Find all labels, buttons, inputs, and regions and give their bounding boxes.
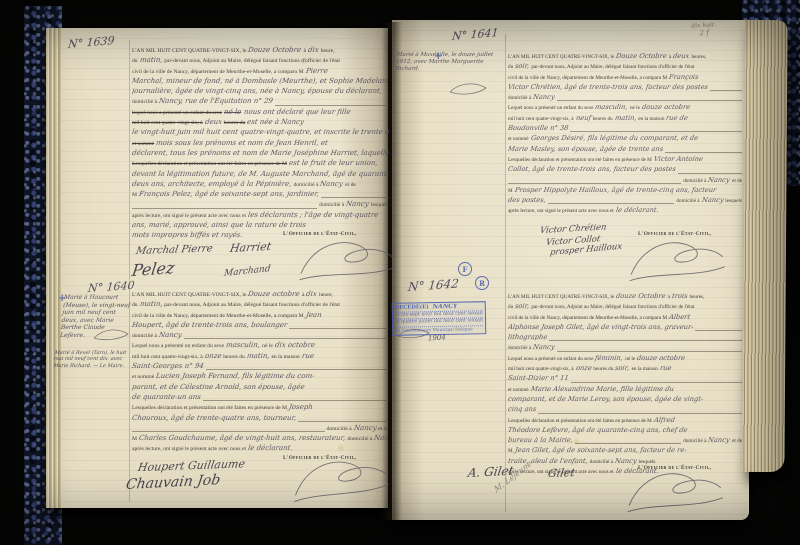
handwritten-text: neuf bbox=[575, 114, 591, 122]
printed-text: domicilié à bbox=[590, 459, 613, 465]
printed-text: domicilié à bbox=[132, 333, 157, 339]
printed-text: M bbox=[508, 448, 513, 454]
handwritten-text: dix bbox=[306, 290, 318, 298]
printed-text: M bbox=[508, 188, 513, 194]
record-line: Houpert, âgé de trente-trois ans, boulan… bbox=[132, 321, 389, 331]
printed-text: et nommé bbox=[508, 387, 529, 393]
handwritten-text: des postes, bbox=[508, 196, 546, 204]
printed-text: et de bbox=[732, 178, 742, 184]
printed-text: heure, bbox=[321, 48, 335, 54]
margin-note-marriage-1641: Marié à Maxéville, le douze juillet 1912… bbox=[395, 52, 503, 73]
handwritten-text: Chouroux, âgé de trente-quatre ans, tour… bbox=[132, 414, 297, 422]
printed-text: après lecture, ont signé le présent acte… bbox=[508, 469, 614, 475]
printed-text: lesquels bbox=[725, 198, 742, 204]
record-line: Théodore Lefèvre, âgé de quarante-cinq a… bbox=[508, 426, 742, 436]
printed-text: heures du bbox=[593, 116, 613, 122]
printed-text: heures, bbox=[690, 294, 705, 300]
printed-text: heures du bbox=[223, 354, 245, 360]
rule-fill bbox=[203, 400, 389, 401]
record-line: domicilié àNancy, rue de l'Équitation n°… bbox=[132, 97, 389, 107]
record-line: Chouroux, âgé de trente-quatre ans, tour… bbox=[132, 414, 389, 424]
margin-rule-left-page bbox=[129, 40, 130, 502]
blue-cross-mark: + bbox=[434, 51, 442, 62]
printed-text: L'AN MIL HUIT CENT QUATRE-VINGT-SIX, le bbox=[132, 48, 246, 54]
printed-text: L'AN MIL HUIT CENT QUATRE-VINGT-SIX, le bbox=[508, 294, 614, 300]
record-body-1641: L'AN MIL HUIT CENT QUATRE-VINGT-SIX, leD… bbox=[508, 52, 742, 217]
record-line: MProsper Hippolyte Hailloux, âgé de tren… bbox=[508, 186, 742, 196]
record-line: L'AN MIL HUIT CENT QUATRE-VINGT-SIX, leD… bbox=[132, 46, 389, 56]
circled-R-stamp: R bbox=[475, 276, 489, 290]
rule-fill bbox=[508, 183, 681, 184]
signature: Victor Chrétien bbox=[539, 222, 607, 236]
handwritten-text: soir, bbox=[515, 302, 530, 310]
handwritten-text: Jean bbox=[305, 311, 322, 319]
record-line: et nomméGeorges Désiré, fils légitime du… bbox=[508, 134, 742, 144]
handwritten-text: Nancy bbox=[701, 196, 724, 204]
handwritten-text: Douze Octobre bbox=[248, 46, 302, 54]
record-line: MCharles Goudchaume, âgé de vingt-huit a… bbox=[132, 434, 389, 444]
printed-text: né le bbox=[262, 343, 273, 349]
record-line: domicilié àNancyet de bbox=[508, 176, 742, 186]
rule-fill bbox=[557, 100, 742, 101]
printed-text: en la maison bbox=[271, 354, 299, 360]
handwritten-text: matin, bbox=[246, 352, 270, 360]
officer-signature-flourish bbox=[622, 462, 726, 518]
printed-text: du bbox=[132, 58, 138, 64]
printed-text: heures du bbox=[224, 120, 246, 126]
printed-text: Lesquelles déclaration et présentation o… bbox=[132, 405, 287, 411]
handwritten-text: Nancy bbox=[374, 434, 389, 442]
record-line: et nomméLucien Joseph Fernand, fils légi… bbox=[132, 372, 389, 382]
handwritten-text: Georges Désiré, fils légitime du compara… bbox=[530, 134, 698, 142]
printed-text: mil huit cent quatre-vingt-six, à bbox=[508, 116, 574, 122]
signature: Marchand bbox=[223, 264, 270, 279]
handwritten-text: matin, bbox=[614, 114, 637, 122]
record-line: dumatin,par-devant nous, Adjoint au Mair… bbox=[132, 56, 389, 66]
deces-stamp: DÉCÉDÉ(E)NANCY le dix-sept août mil neuf… bbox=[392, 301, 487, 336]
record-line: civil de la ville de Nancy, département … bbox=[132, 67, 389, 77]
printed-text: et nommé bbox=[132, 141, 154, 147]
handwritten-text: est le fruit de leur union, bbox=[288, 159, 378, 167]
printed-text: domicilié à bbox=[508, 345, 531, 351]
handwritten-text: devant la légitimation future, de M. Aug… bbox=[132, 170, 389, 178]
handwritten-text: Nancy bbox=[346, 200, 370, 208]
rule-fill bbox=[548, 203, 675, 204]
handwritten-text: Pierre bbox=[305, 67, 328, 75]
record-line: Lesquelles déclaration et présentation o… bbox=[132, 159, 389, 169]
handwritten-text: Douze octobre bbox=[248, 290, 301, 298]
signature: Houpert Guillaume bbox=[137, 457, 246, 474]
rule-fill bbox=[549, 340, 742, 341]
margin-signature-flourish bbox=[448, 80, 492, 96]
handwritten-text: onze bbox=[204, 352, 222, 360]
record-line: des postes,domicilié àNancylesquels bbox=[508, 196, 742, 206]
handwritten-text: soir, bbox=[615, 364, 630, 372]
printed-text: et de bbox=[732, 438, 742, 444]
page-content-layer: N° 1639 N° 1640 N° 1641 N° 1642 L'AN MIL… bbox=[0, 0, 800, 545]
handwritten-text: Saint-Georges n° 94 bbox=[132, 362, 204, 370]
handwritten-text: Marchal, mineur de fond, né à Dombasle (… bbox=[132, 77, 389, 85]
handwritten-text: mois sous les prénoms et nom de Jean Hen… bbox=[156, 139, 329, 147]
handwritten-text: masculin, bbox=[595, 103, 629, 111]
rule-fill bbox=[132, 431, 325, 432]
printed-text: mil huit cent quatre-vingt-six, à bbox=[132, 120, 203, 126]
handwritten-text: deux ans, architecte, employé à la Pépin… bbox=[132, 180, 292, 188]
printed-text: heures du bbox=[593, 366, 613, 372]
record-line: après lecture, ont signé le présent acte… bbox=[508, 206, 742, 216]
rule-fill bbox=[695, 330, 742, 331]
printed-text: après lecture, ont signé le présent acte… bbox=[132, 213, 246, 219]
officer-signature-flourish bbox=[294, 231, 398, 286]
record-line: devant la légitimation future, de M. Aug… bbox=[132, 170, 389, 180]
record-line: L'AN MIL HUIT CENT QUATRE-VINGT-SIX, leD… bbox=[132, 290, 389, 300]
handwritten-text: rue de bbox=[666, 114, 689, 122]
record-line: domicilié àNancyet de bbox=[132, 424, 389, 434]
record-line: Lequel nous a présenté un enfant du sexe… bbox=[508, 103, 742, 113]
handwritten-text: comparant, et de Marie Leroy, son épouse… bbox=[508, 395, 704, 403]
signature: Marchal Pierre bbox=[135, 243, 214, 257]
signature: Victor Collot bbox=[545, 234, 601, 248]
record-line: Lequel nous a présenté un enfant du sexe… bbox=[508, 354, 742, 364]
record-line: déclarent, tous les prénoms et nom de Ma… bbox=[132, 149, 389, 159]
deces-stamp-place: NANCY bbox=[433, 303, 458, 310]
record-line: cinq ans bbox=[508, 405, 742, 415]
printed-text: lesquels bbox=[371, 202, 389, 208]
printed-text: à bbox=[668, 294, 670, 300]
printed-text: M bbox=[132, 436, 137, 442]
margin-rule-right-page bbox=[505, 34, 506, 512]
printed-text: par-devant nous, Adjoint au Maire, délég… bbox=[531, 64, 694, 70]
handwritten-text: Joseph bbox=[288, 403, 313, 411]
printed-text: Lesquelles déclaration et présentation o… bbox=[508, 418, 652, 424]
record-line: MJean Gilet, âgé de soixante-sept ans, f… bbox=[508, 446, 742, 456]
printed-text: domicilié à bbox=[327, 426, 352, 432]
handwritten-text: François Pelez, âgé de soixante-sept ans… bbox=[138, 190, 319, 198]
printed-text: lesquels bbox=[639, 459, 656, 465]
record-line: L'AN MIL HUIT CENT QUATRE-VINGT-SIX, leD… bbox=[508, 52, 742, 62]
record-line: domicilié àNancy bbox=[508, 93, 742, 103]
printed-text: par-devant nous, Adjoint au Maire, délég… bbox=[531, 304, 694, 310]
record-line: Lesquelles déclaration et présentation o… bbox=[132, 403, 389, 413]
handwritten-text: Houpert, âgé de trente-trois ans, boulan… bbox=[132, 321, 288, 329]
printed-text: domicilié à bbox=[683, 438, 706, 444]
record-line: Lequel nous a présenté un enfant du sexe… bbox=[132, 341, 389, 351]
signature: Chauvain Job bbox=[125, 472, 222, 493]
printed-text: du bbox=[508, 64, 513, 70]
handwritten-text: Alphonse Joseph Gilet, âgé de vingt-troi… bbox=[508, 323, 694, 331]
handwritten-text: Nancy bbox=[320, 180, 344, 188]
printed-text: domicilié à bbox=[319, 202, 344, 208]
handwritten-text: le déclarant. bbox=[615, 206, 659, 214]
printed-text: L'AN MIL HUIT CENT QUATRE-VINGT-SIX, le bbox=[508, 54, 614, 60]
record-line: le vingt-huit juin mil huit cent quatre-… bbox=[132, 128, 389, 138]
record-line: et nommémois sous les prénoms et nom de … bbox=[132, 139, 389, 149]
handwritten-text: nous ont déclaré que leur fille bbox=[243, 108, 351, 116]
handwritten-text: Marie Masley, son épouse, âgée de trente… bbox=[508, 145, 664, 153]
record-line: Collot, âgé de trente-trois ans, facteur… bbox=[508, 165, 742, 175]
handwritten-text: Charles Goudchaume, âgé de vingt-huit an… bbox=[138, 434, 345, 442]
rule-fill bbox=[570, 131, 742, 132]
record-line: Marchal, mineur de fond, né à Dombasle (… bbox=[132, 77, 389, 87]
record-line: et nomméMarie Alexandrine Marie, fille l… bbox=[508, 385, 742, 395]
blue-cross-mark: + bbox=[58, 293, 66, 304]
handwritten-text: Nancy bbox=[614, 457, 637, 465]
handwritten-text: Nancy bbox=[353, 424, 377, 432]
printed-text: L'AN MIL HUIT CENT QUATRE-VINGT-SIX, le bbox=[132, 292, 246, 298]
rule-fill bbox=[571, 382, 742, 383]
handwritten-text: parant, et de Célestine Arnold, son épou… bbox=[132, 383, 305, 391]
printed-text: heures, bbox=[691, 54, 706, 60]
handwritten-text: douze octobre bbox=[637, 354, 686, 362]
printed-text: à bbox=[669, 54, 671, 60]
printed-text: civil de la ville de Nancy, département … bbox=[132, 69, 304, 75]
printed-text: heure, bbox=[319, 292, 333, 298]
record-line: dumatin,par-devant nous, Adjoint au Mair… bbox=[132, 300, 389, 310]
handwritten-text: les déclarants ; l'âge de vingt-quatre bbox=[247, 211, 378, 219]
record-line: dusoir,par-devant nous, Adjoint au Maire… bbox=[508, 62, 742, 72]
printed-text: en la maison bbox=[638, 116, 664, 122]
record-line: L'AN MIL HUIT CENT QUATRE-VINGT-SIX, led… bbox=[508, 292, 742, 302]
handwritten-text: lithographe bbox=[508, 333, 548, 341]
handwritten-text: Nancy bbox=[158, 331, 182, 339]
handwritten-text: matin, bbox=[139, 56, 163, 64]
handwritten-text: bureau à la Mairie, bbox=[508, 436, 573, 444]
handwritten-text: Boudonville n° 38 bbox=[508, 124, 569, 132]
printed-text: et nommé bbox=[508, 136, 529, 142]
printed-text: Lequel nous a présenté un enfant du sexe bbox=[508, 105, 593, 111]
pencil-annotation-line-2: 2 f bbox=[676, 28, 732, 39]
printed-text: par-devant nous, Adjoint au Maire, délég… bbox=[164, 302, 340, 308]
record-line: Saint-Georges n° 94 bbox=[132, 362, 389, 372]
handwritten-text: Victor Chrétien, âgé de trente-trois ans… bbox=[508, 83, 709, 91]
handwritten-text: rue bbox=[301, 352, 314, 360]
record-line: après lecture, ont signé le présent acte… bbox=[132, 211, 389, 221]
rule-fill bbox=[275, 105, 389, 106]
record-line: dusoir,par-devant nous, Adjoint au Maire… bbox=[508, 302, 742, 312]
handwritten-text: dix octobre bbox=[274, 341, 315, 349]
handwritten-text: Nancy bbox=[533, 93, 556, 101]
handwritten-text: Nancy bbox=[708, 436, 731, 444]
handwritten-text: Douze Octobre bbox=[616, 52, 668, 60]
handwritten-text: Théodore Lefèvre, âgé de quarante-cinq a… bbox=[508, 426, 688, 434]
record-line: parant, et de Célestine Arnold, son épou… bbox=[132, 383, 389, 393]
record-line: lithographe bbox=[508, 333, 742, 343]
printed-text: après lecture, ont signé le présent acte… bbox=[508, 208, 614, 214]
handwritten-text: le vingt-huit juin mil huit cent quatre-… bbox=[132, 128, 389, 136]
printed-text: civil de la ville de Nancy, département … bbox=[508, 75, 667, 81]
circled-F-stamp: F bbox=[458, 262, 472, 276]
printed-text: à bbox=[303, 48, 305, 54]
handwritten-text: le déclarant. bbox=[247, 444, 293, 452]
printed-text: domicilié à bbox=[676, 198, 699, 204]
record-line: mil huit cent quatre-vingt-six, àonzeheu… bbox=[508, 364, 742, 374]
record-line: Lesquelles déclaration et présentation o… bbox=[508, 416, 742, 426]
record-body-1639: L'AN MIL HUIT CENT QUATRE-VINGT-SIX, leD… bbox=[132, 46, 389, 242]
printed-text: et de bbox=[378, 426, 389, 432]
handwritten-text: Alfred bbox=[653, 416, 675, 424]
record-body-1640: L'AN MIL HUIT CENT QUATRE-VINGT-SIX, leD… bbox=[132, 290, 389, 455]
record-line: mil huit cent quatre-vingt-six, àneufheu… bbox=[508, 114, 742, 124]
printed-text: Lequel nous a présenté un enfant du sexe bbox=[132, 343, 224, 349]
handwritten-text: est née à Nancy bbox=[247, 118, 305, 126]
printed-text: M bbox=[132, 192, 137, 198]
handwritten-text: Lucien Joseph Fernand, fils légitime du … bbox=[156, 372, 316, 380]
register-photo: N° 1639 N° 1640 N° 1641 N° 1642 L'AN MIL… bbox=[0, 0, 800, 545]
record-line: Boudonville n° 38 bbox=[508, 124, 742, 134]
record-number-1642: N° 1642 bbox=[407, 276, 459, 294]
printed-text: domicilié à bbox=[508, 95, 531, 101]
record-line: Victor Chrétien, âgé de trente-trois ans… bbox=[508, 83, 742, 93]
printed-text: à bbox=[302, 292, 304, 298]
record-line: comparant, et de Marie Leroy, son épouse… bbox=[508, 395, 742, 405]
record-line: de quarante-un ans bbox=[132, 393, 389, 403]
margin-signature-flourish bbox=[92, 326, 132, 342]
handwritten-text: dix bbox=[307, 46, 319, 54]
printed-text: mil huit cent quatre-vingt-six, à bbox=[508, 366, 574, 372]
rule-fill bbox=[321, 197, 389, 198]
record-line: civil de la ville de Nancy, département … bbox=[508, 313, 742, 323]
handwritten-text: deux bbox=[204, 118, 222, 126]
printed-text: du bbox=[508, 304, 513, 310]
handwritten-text: rue bbox=[659, 364, 672, 372]
handwritten-text: onze bbox=[575, 364, 592, 372]
signature: Pelez bbox=[131, 258, 176, 280]
printed-text: domicilié à bbox=[293, 182, 318, 188]
record-line: journalière, âgée de vingt-cinq ans, née… bbox=[132, 87, 389, 97]
handwritten-text: ans, marié, approuvé, ainsi que la ratur… bbox=[132, 221, 307, 229]
margin-note-marriage-1640-2: Marié à Revel (Tarn), le huit mai mil ne… bbox=[53, 350, 133, 369]
handwritten-text: Prosper Hippolyte Hailloux, âgé de trent… bbox=[514, 186, 716, 194]
handwritten-text: Marie Alexandrine Marie, fille légitime … bbox=[530, 385, 674, 393]
rule-fill bbox=[184, 338, 389, 339]
signature: Harriet bbox=[229, 240, 272, 255]
printed-text: né le bbox=[625, 356, 635, 362]
record-line: Alphonse Joseph Gilet, âgé de vingt-troi… bbox=[508, 323, 742, 333]
handwritten-text: Albert bbox=[669, 313, 691, 321]
handwritten-text: traite, aïeul de l'enfant, bbox=[508, 457, 588, 465]
officer-signature-flourish bbox=[624, 231, 728, 287]
record-line: civil de la ville de Nancy, département … bbox=[508, 73, 742, 83]
printed-text: domicilié à bbox=[347, 436, 372, 442]
printed-text: en la maison bbox=[632, 366, 658, 372]
handwritten-text: masculin, bbox=[226, 341, 261, 349]
printed-text: Lequel nous a présenté un enfant du sexe bbox=[508, 356, 593, 362]
printed-text: et de bbox=[345, 182, 356, 188]
record-line: domicilié àNancy bbox=[508, 343, 742, 353]
handwritten-text: féminin, bbox=[595, 354, 624, 362]
handwritten-text: matin, bbox=[139, 300, 163, 308]
record-line: Saint-Dizier n° 11 bbox=[508, 374, 742, 384]
rule-fill bbox=[289, 328, 389, 329]
handwritten-text: deux bbox=[673, 52, 690, 60]
rule-fill bbox=[206, 369, 389, 370]
handwritten-text: cinq ans bbox=[508, 405, 537, 413]
handwritten-text: François bbox=[669, 73, 700, 81]
handwritten-text: Collot, âgé de trente-trois ans, facteur… bbox=[508, 165, 676, 173]
handwritten-text: déclarent, tous les prénoms et nom de Ma… bbox=[132, 149, 389, 157]
record-line: deux ans, architecte, employé à la Pépin… bbox=[132, 180, 389, 190]
handwritten-text: né le bbox=[224, 108, 242, 116]
printed-text: Lesquelles déclaration et présentation o… bbox=[132, 161, 287, 167]
deces-stamp-footer: Le Fonctionnaire Municipal Délégué bbox=[395, 326, 483, 333]
record-line: Lesquelles déclaration et présentation o… bbox=[508, 155, 742, 165]
handwritten-text: trois bbox=[671, 292, 688, 300]
record-line: bureau à la Mairie,domicilié àNancyet de bbox=[508, 436, 742, 446]
record-line: mil huit cent quatre-vingt-six, àonzeheu… bbox=[132, 352, 389, 362]
pencil-annotation: dix huit. 2 f bbox=[676, 21, 733, 39]
handwritten-text: journalière, âgée de vingt-cinq ans, née… bbox=[132, 87, 383, 95]
record-line: lequel nous a présenté un enfant du sexe… bbox=[132, 108, 389, 118]
rule-fill bbox=[710, 90, 742, 91]
handwritten-text: de quarante-un ans bbox=[132, 393, 201, 401]
handwritten-text: Jean Gilet, âgé de soixante-sept ans, fa… bbox=[514, 446, 687, 454]
printed-text: civil de la ville de Nancy, département … bbox=[132, 313, 304, 319]
handwritten-text: soir, bbox=[515, 62, 530, 70]
record-line: civil de la ville de Nancy, département … bbox=[132, 311, 389, 321]
handwritten-text: Victor Antoine bbox=[653, 155, 703, 163]
handwritten-text: douze Octobre bbox=[616, 292, 667, 300]
printed-text: civil de la ville de Nancy, département … bbox=[508, 315, 667, 321]
printed-text: domicilié à bbox=[683, 178, 706, 184]
handwritten-text: mots impropres biffés et rayés. bbox=[132, 231, 243, 239]
printed-text: lequel nous a présenté un enfant du sexe bbox=[132, 110, 222, 116]
handwritten-text: Nancy bbox=[533, 343, 556, 351]
printed-text: né le bbox=[630, 105, 640, 111]
record-body-1642: L'AN MIL HUIT CENT QUATRE-VINGT-SIX, led… bbox=[508, 292, 742, 477]
printed-text: mil huit cent quatre-vingt-six, à bbox=[132, 354, 203, 360]
record-line: MFrançois Pelez, âgé de soixante-sept an… bbox=[132, 190, 389, 200]
record-line: domicilié àNancylesquels bbox=[132, 200, 389, 210]
record-number-1641: N° 1641 bbox=[451, 26, 499, 43]
rule-fill bbox=[575, 443, 681, 444]
record-number-1639: N° 1639 bbox=[67, 34, 115, 51]
rule-fill bbox=[678, 173, 742, 174]
printed-text: après lecture, ont signé le présent acte… bbox=[132, 446, 246, 452]
record-line: domicilié àNancy bbox=[132, 331, 389, 341]
rule-fill bbox=[298, 421, 389, 422]
handwritten-text: douze octobre bbox=[641, 103, 690, 111]
printed-text: par-devant nous, Adjoint au Maire, délég… bbox=[164, 58, 340, 64]
record-line: Marie Masley, son épouse, âgée de trente… bbox=[508, 145, 742, 155]
handwritten-text: Saint-Dizier n° 11 bbox=[508, 374, 569, 382]
rule-fill bbox=[665, 152, 742, 153]
rule-fill bbox=[557, 351, 742, 352]
signature: prosper Hailloux bbox=[549, 242, 622, 258]
handwritten-text: Nancy, rue de l'Équitation n° 29 bbox=[158, 97, 273, 105]
deces-stamp-title: DÉCÉDÉ(E) bbox=[395, 304, 429, 311]
rule-fill bbox=[538, 413, 742, 414]
printed-text: et nommé bbox=[132, 374, 154, 380]
record-line: ans, marié, approuvé, ainsi que la ratur… bbox=[132, 221, 389, 231]
printed-text: domicilié à bbox=[132, 99, 157, 105]
record-line: mil huit cent quatre-vingt-six, àdeuxheu… bbox=[132, 118, 389, 128]
rule-fill bbox=[132, 208, 317, 209]
printed-text: du bbox=[132, 302, 138, 308]
handwritten-text: Nancy bbox=[708, 176, 731, 184]
printed-text: Lesquelles déclaration et présentation o… bbox=[508, 157, 652, 163]
